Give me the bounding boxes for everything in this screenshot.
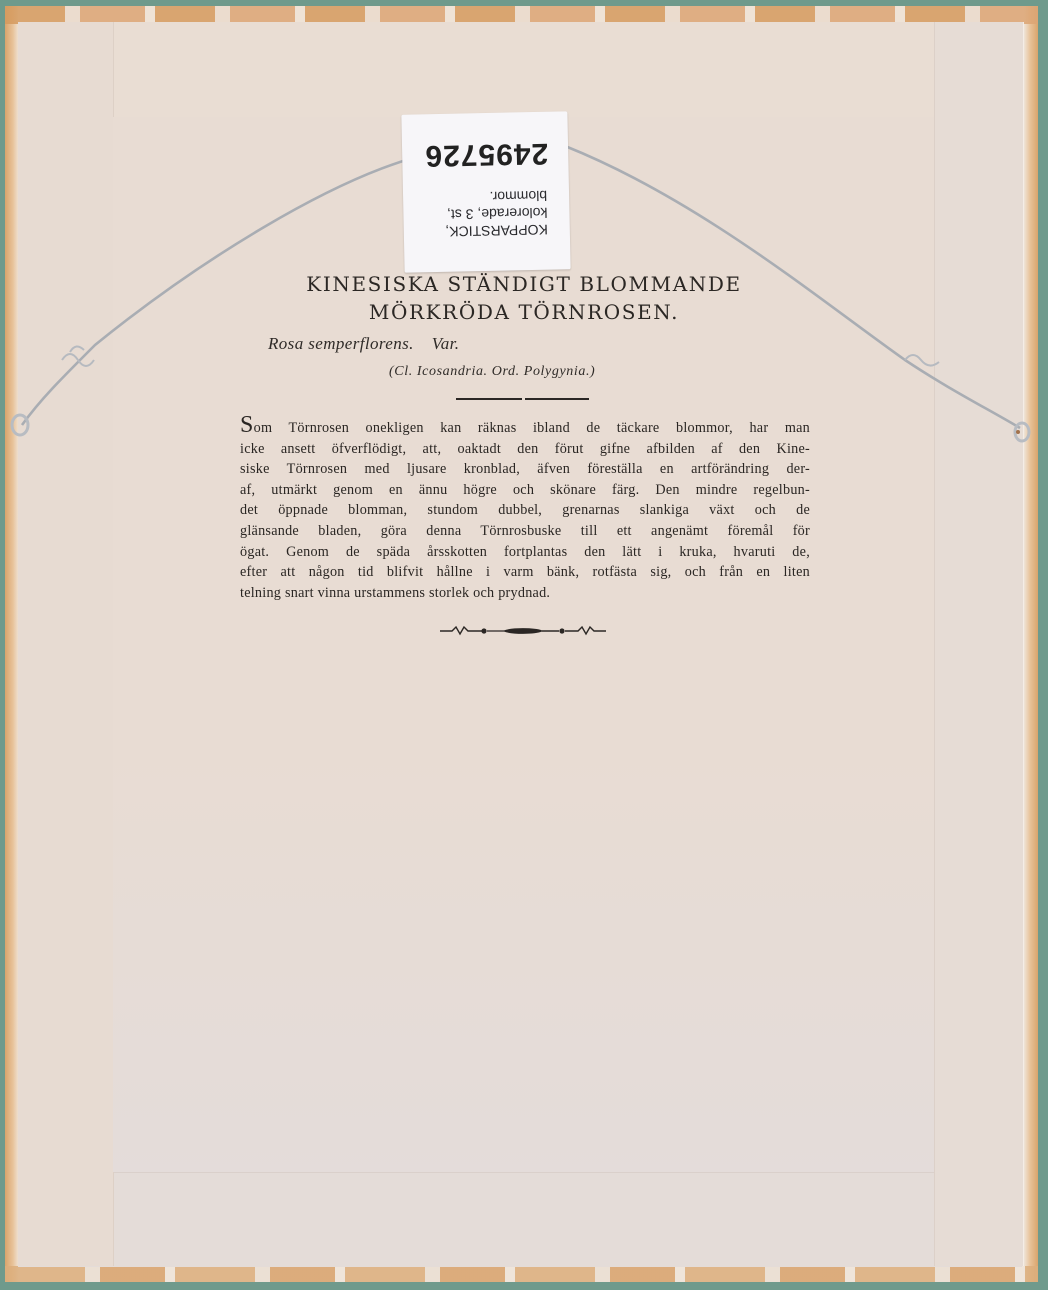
paragraph-line: ögat. Genom de späda årsskotten fortplan… [240,542,810,563]
double-rule-divider [525,398,589,400]
paper-tape-bottom [18,1172,1022,1267]
paragraph-line: icke ansett öfverflödigt, att, oaktadt d… [240,439,810,460]
paper-tape-top [18,22,1022,118]
label-upside-down: 2495726 KOPPARSTICK, kolorerade, 3 st, b… [401,111,570,272]
paper-tape-left [18,22,114,1266]
ornamental-divider-icon [438,622,608,640]
paragraph-line: Som Törnrosen onekligen kan räknas iblan… [240,418,810,439]
paragraph-line: efter att någon tid blifvit hållne i var… [240,562,810,583]
drop-cap: S [240,412,254,438]
paragraph-line: det öppnade blomman, stundom dubbel, gre… [240,500,810,521]
inventory-label: 2495726 KOPPARSTICK, kolorerade, 3 st, b… [401,111,570,272]
double-rule-divider [456,398,522,400]
print-title-line-2: MÖRKRÖDA TÖRNROSEN. [0,300,1048,324]
paragraph-line: telning snart vinna urstammens storlek o… [240,583,810,604]
paragraph-line: af, utmärkt genom en ännu högre och skön… [240,480,810,501]
description-paragraph: Som Törnrosen onekligen kan räknas iblan… [240,418,810,603]
paragraph-line: siske Törnrosen med ljusare kronblad, äf… [240,459,810,480]
label-description: KOPPARSTICK, kolorerade, 3 st, blommor. [417,187,548,241]
latin-variant: Var. [432,334,460,353]
paper-tape-right [934,22,1023,1266]
linnaean-classification: (Cl. Icosandria. Ord. Polygynia.) [389,364,595,380]
label-inventory-number: 2495726 [424,136,548,173]
print-title-line-1: KINESISKA STÄNDIGT BLOMMANDE [0,272,1048,296]
picture-frame-back: KINESISKA STÄNDIGT BLOMMANDE MÖRKRÖDA TÖ… [0,0,1048,1290]
latin-name: Rosa semperflorens.Var. [268,334,459,354]
paragraph-line: glänsande bladen, göra denna Törnrosbusk… [240,521,810,542]
latin-species: Rosa semperflorens. [268,334,414,353]
